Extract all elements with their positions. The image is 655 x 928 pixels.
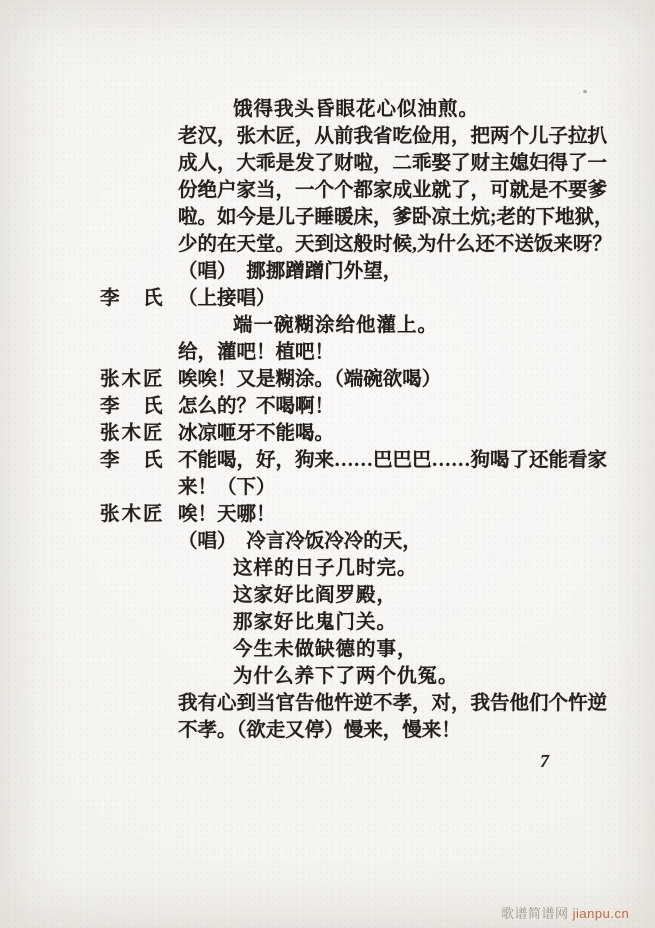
speaker-label: 李 氏 <box>100 393 178 420</box>
script-line: 这样的日子几时完。 <box>100 555 620 582</box>
speaker-label: 张木匠 <box>100 420 178 447</box>
line-text: 老汉，张木匠，从前我省吃俭用，把两个儿子拉扒 <box>178 123 607 150</box>
script-line: （唱） 挪挪蹭蹭门外望， <box>100 258 620 285</box>
line-text: 不孝。（欲走又停）慢来，慢来！ <box>178 717 461 744</box>
line-text: 这样的日子几时完。 <box>178 555 418 582</box>
dust-speck <box>583 90 587 93</box>
script-line: 李 氏怎么的？不喝啊！ <box>100 393 620 420</box>
line-text: 不能喝，好，狗来……巴巴巴……狗喝了还能看家 <box>178 447 607 474</box>
line-text: 今生未做缺德的事， <box>178 636 418 663</box>
script-line: 少的在天堂。天到这般时候,为什么还不送饭来呀？ <box>100 231 620 258</box>
line-text: 冰凉咂牙不能喝。 <box>178 420 334 447</box>
line-text: （唱） 冷言冷饭冷冷的天， <box>178 528 422 555</box>
script-line: 张木匠唉！天哪！ <box>100 501 620 528</box>
script-line: 啦。如今是儿子睡暖床，爹卧凉土炕;老的下地狱， <box>100 204 620 231</box>
line-text: 饿得我头昏眼花心似油煎。 <box>178 96 479 123</box>
watermark-site-name: 歌谱简谱网 <box>501 906 569 921</box>
line-text: （上接唱） <box>178 285 276 312</box>
line-text: 我有心到当官告他忤逆不孝，对，我告他们个忤逆 <box>178 690 607 717</box>
script-line: （唱） 冷言冷饭冷冷的天， <box>100 528 620 555</box>
scanned-script-page: 饿得我头昏眼花心似油煎。老汉，张木匠，从前我省吃俭用，把两个儿子拉扒成人，大乖是… <box>0 0 655 928</box>
watermark: 歌谱简谱网 jianpu.cn <box>501 903 629 922</box>
script-line: 给，灌吧！植吧！ <box>100 339 620 366</box>
script-line: 张木匠唉唉！又是糊涂。（端碗欲喝） <box>100 366 620 393</box>
script-line: 今生未做缺德的事， <box>100 636 620 663</box>
speaker-label: 张木匠 <box>100 366 178 393</box>
line-text: 唉唉！又是糊涂。（端碗欲喝） <box>178 366 441 393</box>
line-text: 这家好比阎罗殿， <box>178 582 397 609</box>
speaker-label: 张木匠 <box>100 501 178 528</box>
script-line: 那家好比鬼门关。 <box>100 609 620 636</box>
line-text: 唉！天哪！ <box>178 501 276 528</box>
script-line: 饿得我头昏眼花心似油煎。 <box>100 96 620 123</box>
script-line: 张木匠冰凉咂牙不能喝。 <box>100 420 620 447</box>
script-line: 我有心到当官告他忤逆不孝，对，我告他们个忤逆 <box>100 690 620 717</box>
script-line: 端一碗糊涂给他灌上。 <box>100 312 620 339</box>
script-line: 这家好比阎罗殿， <box>100 582 620 609</box>
script-line: 不孝。（欲走又停）慢来，慢来！ <box>100 717 620 744</box>
page-number: 7 <box>540 751 549 772</box>
line-text: （唱） 挪挪蹭蹭门外望， <box>178 258 402 285</box>
line-text: 端一碗糊涂给他灌上。 <box>178 312 438 339</box>
line-text: 成人，大乖是发了财啦，二乖娶了财主媳妇得了一 <box>178 150 607 177</box>
script-line: 为什么养下了两个仇冤。 <box>100 663 620 690</box>
line-text: 那家好比鬼门关。 <box>178 609 397 636</box>
line-text: 啦。如今是儿子睡暖床，爹卧凉土炕;老的下地狱， <box>178 204 614 231</box>
script-line: 来！（下） <box>100 474 620 501</box>
script-line: 成人，大乖是发了财啦，二乖娶了财主媳妇得了一 <box>100 150 620 177</box>
speaker-label: 李 氏 <box>100 447 178 474</box>
script-text-block: 饿得我头昏眼花心似油煎。老汉，张木匠，从前我省吃俭用，把两个儿子拉扒成人，大乖是… <box>100 96 620 744</box>
speaker-label: 李 氏 <box>100 285 178 312</box>
line-text: 怎么的？不喝啊！ <box>178 393 334 420</box>
script-line: 老汉，张木匠，从前我省吃俭用，把两个儿子拉扒 <box>100 123 620 150</box>
script-line: 份绝户家当，一个个都家成业就了，可就是不要爹 <box>100 177 620 204</box>
line-text: 为什么养下了两个仇冤。 <box>178 663 459 690</box>
line-text: 份绝户家当，一个个都家成业就了，可就是不要爹 <box>178 177 607 204</box>
script-line: 李 氏（上接唱） <box>100 285 620 312</box>
watermark-site-url: jianpu.cn <box>573 906 630 921</box>
line-text: 少的在天堂。天到这般时候,为什么还不送饭来呀？ <box>178 231 612 258</box>
line-text: 给，灌吧！植吧！ <box>178 339 334 366</box>
script-line: 李 氏不能喝，好，狗来……巴巴巴……狗喝了还能看家 <box>100 447 620 474</box>
line-text: 来！（下） <box>178 474 276 501</box>
